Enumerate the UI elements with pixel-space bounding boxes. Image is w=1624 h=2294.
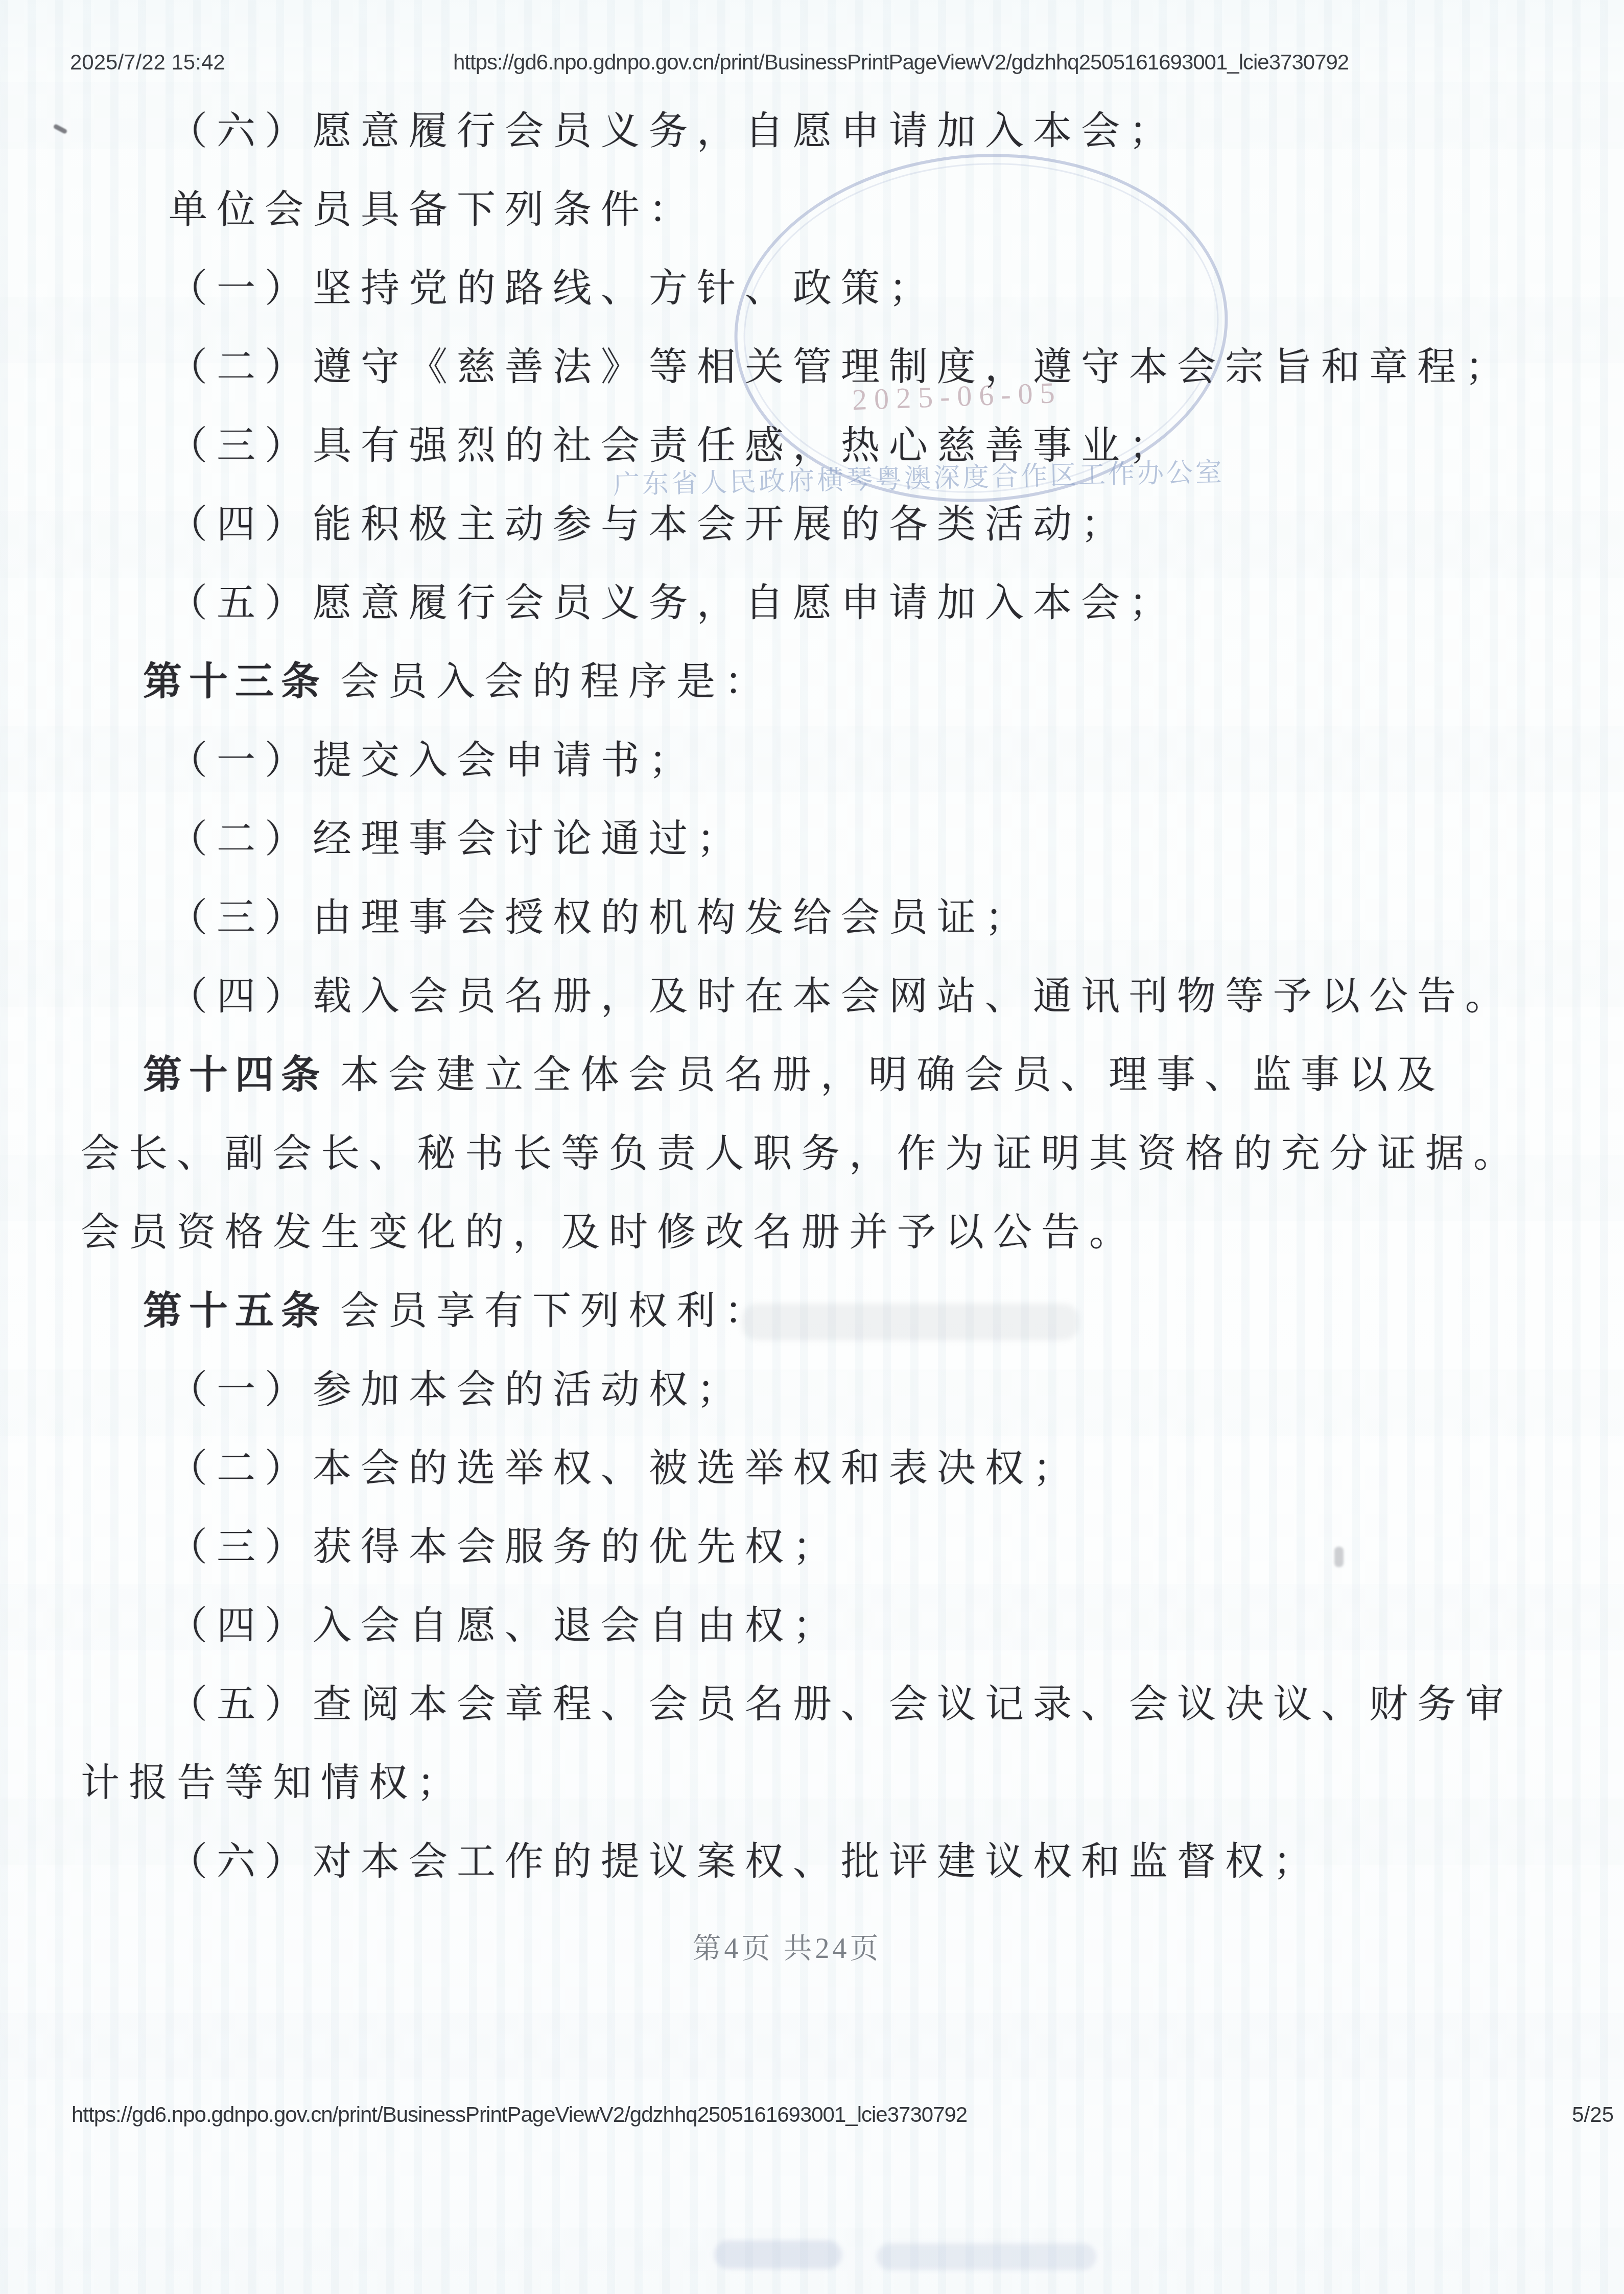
doc-line: （三）获得本会服务的优先权； — [77, 1508, 1559, 1587]
doc-line: （二）经理事会讨论通过； — [77, 800, 1559, 879]
doc-line-text: （五）愿意履行会员义务，自愿申请加入本会； — [169, 582, 1177, 625]
scan-smudge — [877, 2243, 1096, 2270]
doc-line: （三）具有强烈的社会责任感，热心慈善事业； — [77, 407, 1559, 485]
doc-line-text: 会员入会的程序是： — [340, 660, 772, 703]
doc-line-text: 单位会员具备下列条件： — [169, 188, 697, 231]
printed-document-page: 2025/7/22 15:42 https://gd6.npo.gdnpo.go… — [0, 0, 1624, 2294]
doc-line: 会员资格发生变化的，及时修改名册并予以公告。 — [77, 1193, 1559, 1272]
print-footer-page-indicator: 5/25 — [1572, 2102, 1614, 2127]
doc-line: 计报告等知情权； — [77, 1744, 1559, 1823]
doc-line-text: 会员享有下列权利： — [340, 1290, 772, 1333]
doc-line-text: （四）载入会员名册，及时在本会网站、通讯刊物等予以公告。 — [169, 975, 1513, 1018]
doc-line: （五）愿意履行会员义务，自愿申请加入本会； — [77, 564, 1559, 643]
print-header-datetime: 2025/7/22 15:42 — [70, 50, 225, 75]
doc-line: 第十五条会员享有下列权利： — [77, 1272, 1559, 1351]
doc-line-text: （五）查阅本会章程、会员名册、会议记录、会议决议、财务审 — [169, 1683, 1513, 1726]
doc-line: （一）提交入会申请书； — [77, 721, 1559, 800]
doc-line-text: （六）愿意履行会员义务，自愿申请加入本会； — [169, 110, 1177, 153]
doc-line-text: （二）经理事会讨论通过； — [169, 818, 745, 861]
doc-line-text: （二）遵守《慈善法》等相关管理制度，遵守本会宗旨和章程； — [169, 346, 1513, 389]
doc-line-text: （四）能积极主动参与本会开展的各类活动； — [169, 503, 1129, 546]
doc-line: （三）由理事会授权的机构发给会员证； — [77, 879, 1559, 957]
doc-line: （一）参加本会的活动权； — [77, 1351, 1559, 1429]
doc-line-text: （一）提交入会申请书； — [169, 739, 697, 782]
article-heading-label: 第十四条 — [143, 1053, 327, 1097]
doc-line-text: （三）获得本会服务的优先权； — [169, 1526, 841, 1569]
article-heading-label: 第十三条 — [143, 660, 327, 703]
doc-line: （六）对本会工作的提议案权、批评建议权和监督权； — [77, 1823, 1559, 1901]
doc-line-text: （二）本会的选举权、被选举权和表决权； — [169, 1447, 1081, 1490]
print-header-url: https://gd6.npo.gdnpo.gov.cn/print/Busin… — [453, 50, 1349, 75]
doc-line: （二）遵守《慈善法》等相关管理制度，遵守本会宗旨和章程； — [77, 328, 1559, 407]
doc-line: 会长、副会长、秘书长等负责人职务，作为证明其资格的充分证据。 — [77, 1115, 1559, 1193]
doc-line: 第十三条会员入会的程序是： — [77, 643, 1559, 721]
doc-line: （一）坚持党的路线、方针、政策； — [77, 249, 1559, 328]
print-footer-url: https://gd6.npo.gdnpo.gov.cn/print/Busin… — [72, 2102, 967, 2127]
doc-line-text: （六）对本会工作的提议案权、批评建议权和监督权； — [169, 1840, 1321, 1883]
scan-stray-mark — [53, 124, 68, 134]
document-body: （六）愿意履行会员义务，自愿申请加入本会； 单位会员具备下列条件： （一）坚持党… — [77, 92, 1559, 1988]
article-heading-label: 第十五条 — [143, 1289, 327, 1333]
doc-line: （五）查阅本会章程、会员名册、会议记录、会议决议、财务审 — [77, 1665, 1559, 1744]
doc-line-text: （三）由理事会授权的机构发给会员证； — [169, 896, 1033, 939]
doc-line: （六）愿意履行会员义务，自愿申请加入本会； — [77, 92, 1559, 171]
doc-line: （四）能积极主动参与本会开展的各类活动； — [77, 485, 1559, 564]
doc-line-text: （三）具有强烈的社会责任感，热心慈善事业； — [169, 424, 1177, 467]
doc-line-text: （一）坚持党的路线、方针、政策； — [169, 267, 937, 310]
page-number: 第4页 共24页 — [77, 1909, 1559, 1988]
doc-line: （二）本会的选举权、被选举权和表决权； — [77, 1429, 1559, 1508]
doc-line-text: 会长、副会长、秘书长等负责人职务，作为证明其资格的充分证据。 — [81, 1132, 1521, 1175]
scan-smudge — [714, 2240, 842, 2269]
doc-line-text: （四）入会自愿、退会自由权； — [169, 1604, 841, 1647]
doc-line-text: 本会建立全体会员名册，明确会员、理事、监事以及 — [340, 1054, 1445, 1097]
doc-line-text: 计报告等知情权； — [81, 1762, 465, 1805]
doc-line: （四）载入会员名册，及时在本会网站、通讯刊物等予以公告。 — [77, 957, 1559, 1036]
doc-line-text: 会员资格发生变化的，及时修改名册并予以公告。 — [81, 1211, 1137, 1254]
doc-line: 单位会员具备下列条件： — [77, 171, 1559, 249]
doc-line: 第十四条本会建立全体会员名册，明确会员、理事、监事以及 — [77, 1036, 1559, 1115]
doc-line-text: （一）参加本会的活动权； — [169, 1368, 745, 1411]
doc-line: （四）入会自愿、退会自由权； — [77, 1587, 1559, 1665]
